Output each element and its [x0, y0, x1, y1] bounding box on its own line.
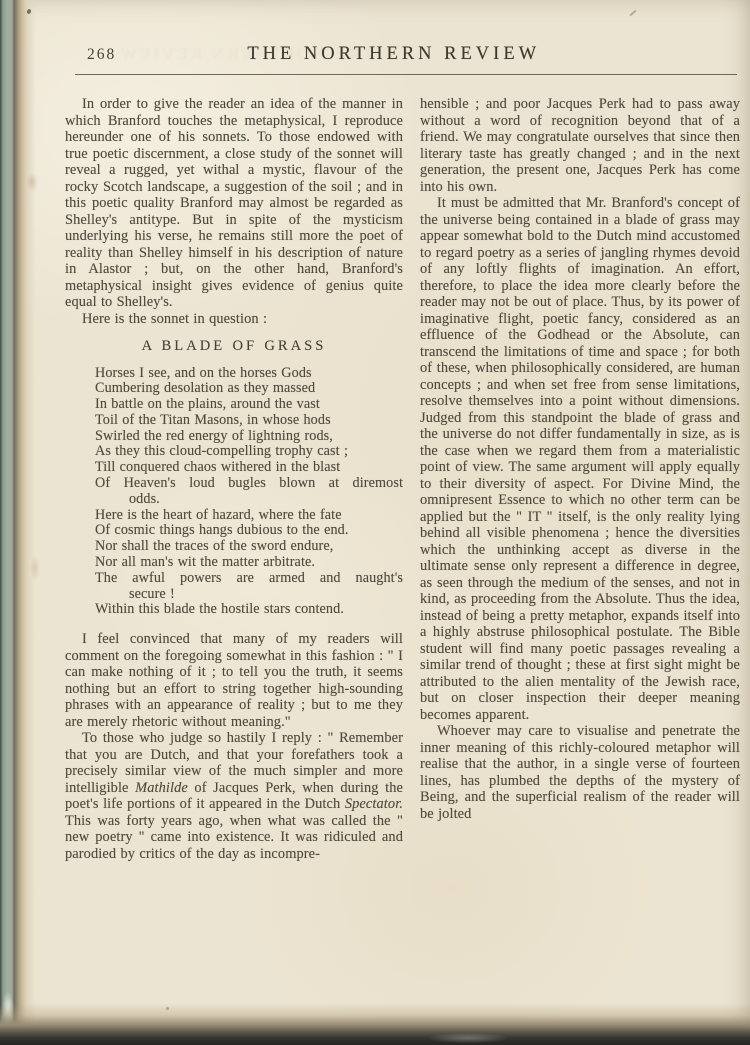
poem-line: Of Heaven's loud bugles blown at diremos… — [95, 476, 403, 492]
poem-line: Nor shall the traces of the sword endure… — [95, 539, 403, 555]
poem-lines: Horses I see, and on the horses GodsCumb… — [95, 366, 403, 619]
scan-artifact — [428, 1033, 508, 1043]
ink-speck — [166, 1007, 169, 1010]
poem-line: The awful powers are armed and naught's — [95, 571, 403, 587]
poem-line: Within this blade the hostile stars cont… — [95, 602, 403, 618]
paragraph: hensible ; and poor Jacques Perk had to … — [420, 96, 740, 195]
poem-line: Nor all man's wit the matter arbitrate. — [95, 555, 403, 571]
page-number: 268 — [87, 46, 116, 64]
paragraph: In order to give the reader an idea of t… — [65, 96, 403, 311]
poem-line: In battle on the plains, around the vast — [95, 397, 403, 413]
poem-line: Swirled the red energy of lightning rods… — [95, 429, 403, 445]
text-segment: Whoever may care to visualise and penetr… — [420, 723, 740, 822]
poem-line: secure ! — [95, 587, 403, 603]
page-edge-bottom — [0, 1003, 750, 1045]
text-segment: In order to give the reader an idea of t… — [65, 96, 403, 310]
paragraph: Here is the sonnet in question : — [65, 311, 403, 328]
paragraph: I feel convinced that many of my readers… — [65, 631, 403, 730]
poem-line: Here is the heart of hazard, where the f… — [95, 508, 403, 524]
poem-line: Horses I see, and on the horses Gods — [95, 366, 403, 382]
poem-title: A BLADE OF GRASS — [65, 338, 403, 355]
text-segment: hensible ; and poor Jacques Perk had to … — [420, 96, 740, 195]
scanned-page: THE NORTHERN REVIEW 268 THE NORTHERN REV… — [0, 0, 750, 1045]
italic-text-segment: Mathilde — [135, 780, 188, 796]
poem-line: odds. — [95, 492, 403, 508]
text-segment: It must be admitted that Mr. Branford's … — [420, 195, 740, 723]
page-content: 268 THE NORTHERN REVIEW In order to give… — [0, 44, 750, 862]
poem: A BLADE OF GRASSHorses I see, and on the… — [65, 338, 403, 618]
poem-line: Till conquered chaos withered in the bla… — [95, 460, 403, 476]
paragraph: To those who judge so hastily I reply : … — [65, 730, 403, 862]
poem-line: Toil of the Titan Masons, in whose hods — [95, 413, 403, 429]
poem-line: Of cosmic things hangs dubious to the en… — [95, 523, 403, 539]
scratch-mark — [629, 10, 636, 17]
left-column: In order to give the reader an idea of t… — [65, 96, 403, 862]
poem-line: Cumbering desolation as they massed — [95, 381, 403, 397]
poem-line: As they this cloud-compelling trophy cas… — [95, 444, 403, 460]
text-columns: In order to give the reader an idea of t… — [65, 96, 740, 862]
paragraph: Whoever may care to visualise and penetr… — [420, 723, 740, 822]
paragraph: It must be admitted that Mr. Branford's … — [420, 195, 740, 723]
page-header: 268 THE NORTHERN REVIEW — [65, 44, 740, 68]
text-segment: This was forty years ago, when what was … — [65, 813, 403, 862]
header-rule — [75, 74, 737, 75]
italic-text-segment: Spectator. — [345, 796, 403, 812]
right-column: hensible ; and poor Jacques Perk had to … — [420, 96, 740, 862]
journal-title: THE NORTHERN REVIEW — [247, 44, 540, 65]
text-segment: I feel convinced that many of my readers… — [65, 631, 403, 730]
text-segment: Here is the sonnet in question : — [82, 311, 267, 327]
